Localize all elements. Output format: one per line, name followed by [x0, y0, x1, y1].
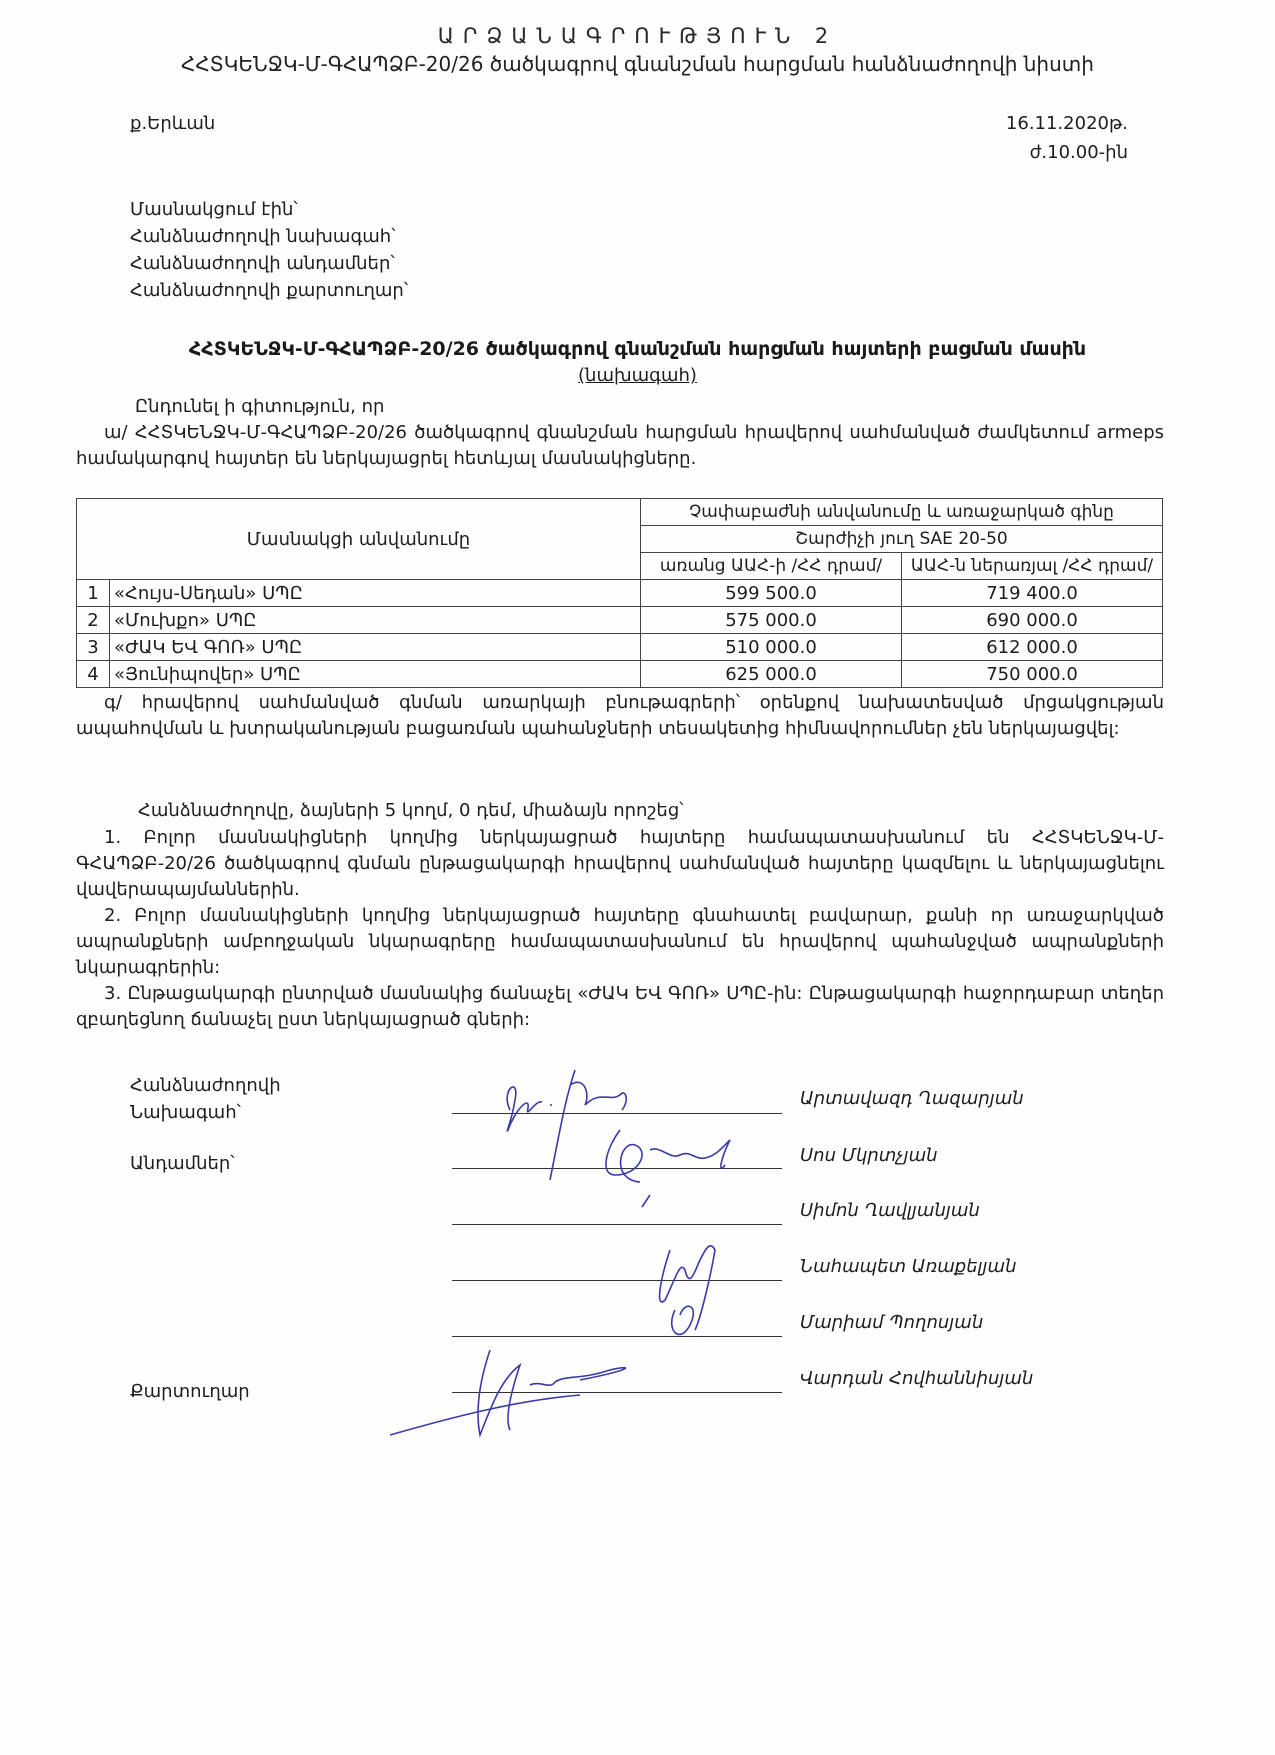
date: 16.11.2020թ. [1006, 113, 1128, 134]
city: ք.Երևան [130, 113, 215, 134]
signatory-name: Նահապետ Առաքելյան [800, 1256, 1016, 1277]
price-without-vat: 625 000.0 [641, 661, 902, 688]
signatory-name: Վարդան Հովհաննիսյան [800, 1368, 1033, 1389]
lot-name: Շարժիչի յուղ SAE 20-50 [641, 526, 1163, 553]
price-with-vat: 719 400.0 [902, 580, 1163, 607]
time: ժ.10.00-ին [1030, 142, 1128, 163]
document-type-title: ԱՐՁԱՆԱԳՐՈՒԹՅՈՒՆ 2 [0, 24, 1275, 48]
row-number: 1 [77, 580, 110, 607]
price-without-vat: 575 000.0 [641, 607, 902, 634]
price-with-vat: 612 000.0 [902, 634, 1163, 661]
lot-header: Չափաբաժնի անվանումը և առաջարկած գինը [641, 499, 1163, 526]
participant-header: Մասնակցի անվանումը [77, 499, 641, 580]
document-subtitle: ՀՀՏԿԵՆՋԿ-Մ-ԳՀԱՊՁԲ-20/26 ծածկագրով գնանշմ… [0, 52, 1275, 76]
signatory-name: Սիմոն Ղավլյանյան [800, 1200, 980, 1221]
decision-item-2: 2. Բոլոր մասնակիցների կողմից ներկայացրած… [76, 903, 1164, 981]
col-without-vat-header: առանց ԱԱՀ-ի /ՀՀ դրամ/ [641, 553, 902, 580]
price-with-vat: 690 000.0 [902, 607, 1163, 634]
point-a-paragraph: ա/ ՀՀՏԿԵՆՋԿ-Մ-ԳՀԱՊՁԲ-20/26 ծածկագրով գնա… [76, 420, 1164, 472]
table-row: 1 «Հույս-Սեդան» ՍՊԸ 599 500.0 719 400.0 [77, 580, 1163, 607]
participant-name: «Յունիպովեր» ՍՊԸ [110, 661, 641, 688]
bids-table: Մասնակցի անվանումը Չափաբաժնի անվանումը և… [76, 498, 1163, 688]
point-g-paragraph: գ/ հրավերով սահմանված գնման առարկայի բնո… [76, 690, 1164, 742]
signatory-name: Մարիամ Պողոսյան [800, 1312, 983, 1333]
chair-label: Հանձնաժողովի Նախագահ՝ [130, 1072, 281, 1126]
section-speaker: (նախագահ) [0, 365, 1275, 386]
speaker-label: (նախագահ) [578, 365, 697, 386]
decision-item-1: 1. Բոլոր մասնակիցների կողմից ներկայացրած… [76, 825, 1164, 903]
signatory-name: Արտավազդ Ղազարյան [800, 1088, 1024, 1109]
signature-member-1-icon [580, 1120, 780, 1210]
row-number: 4 [77, 661, 110, 688]
decision-intro: Հանձնաժողովը, ձայների 5 կողմ, 0 դեմ, միա… [138, 800, 684, 821]
attendees-secretary: Հանձնաժողովի քարտուղար՝ [130, 277, 408, 304]
signatory-name: Սոս Մկրտչյան [800, 1145, 938, 1166]
price-with-vat: 750 000.0 [902, 661, 1163, 688]
section-heading: ՀՀՏԿԵՆՋԿ-Մ-ԳՀԱՊՁԲ-20/26 ծածկագրով գնանշմ… [0, 338, 1275, 360]
attendees-chair: Հանձնաժողովի նախագահ՝ [130, 223, 408, 250]
signature-line-member-2 [452, 1224, 782, 1225]
table-row: 2 «Մուխքո» ՍՊԸ 575 000.0 690 000.0 [77, 607, 1163, 634]
intro-paragraph: Ընդունել ի գիտություն, որ [135, 394, 1035, 420]
participant-name: «ԺԱԿ ԵՎ ԳՈՌ» ՍՊԸ [110, 634, 641, 661]
price-without-vat: 599 500.0 [641, 580, 902, 607]
chair-label-line1: Հանձնաժողովի [130, 1072, 281, 1099]
col-with-vat-header: ԱԱՀ-ն ներառյալ /ՀՀ դրամ/ [902, 553, 1163, 580]
members-label: Անդամներ՝ [130, 1150, 235, 1177]
signature-secretary-icon [380, 1340, 680, 1450]
attendees-list: Մասնակցում էին՝ Հանձնաժողովի նախագահ՝ Հա… [130, 196, 408, 304]
price-without-vat: 510 000.0 [641, 634, 902, 661]
chair-label-line2: Նախագահ՝ [130, 1099, 281, 1126]
row-number: 3 [77, 634, 110, 661]
row-number: 2 [77, 607, 110, 634]
decision-item-3: 3. Ընթացակարգի ընտրված մասնակից ճանաչել … [76, 981, 1164, 1033]
secretary-label: Քարտուղար [130, 1378, 250, 1405]
table-row: 3 «ԺԱԿ ԵՎ ԳՈՌ» ՍՊԸ 510 000.0 612 000.0 [77, 634, 1163, 661]
participant-name: «Մուխքո» ՍՊԸ [110, 607, 641, 634]
decision-items: 1. Բոլոր մասնակիցների կողմից ներկայացրած… [76, 825, 1164, 1033]
attendees-intro: Մասնակցում էին՝ [130, 196, 408, 223]
table-row: 4 «Յունիպովեր» ՍՊԸ 625 000.0 750 000.0 [77, 661, 1163, 688]
signature-member-3-icon [640, 1230, 760, 1350]
attendees-members: Հանձնաժողովի անդամներ՝ [130, 250, 408, 277]
participant-name: «Հույս-Սեդան» ՍՊԸ [110, 580, 641, 607]
